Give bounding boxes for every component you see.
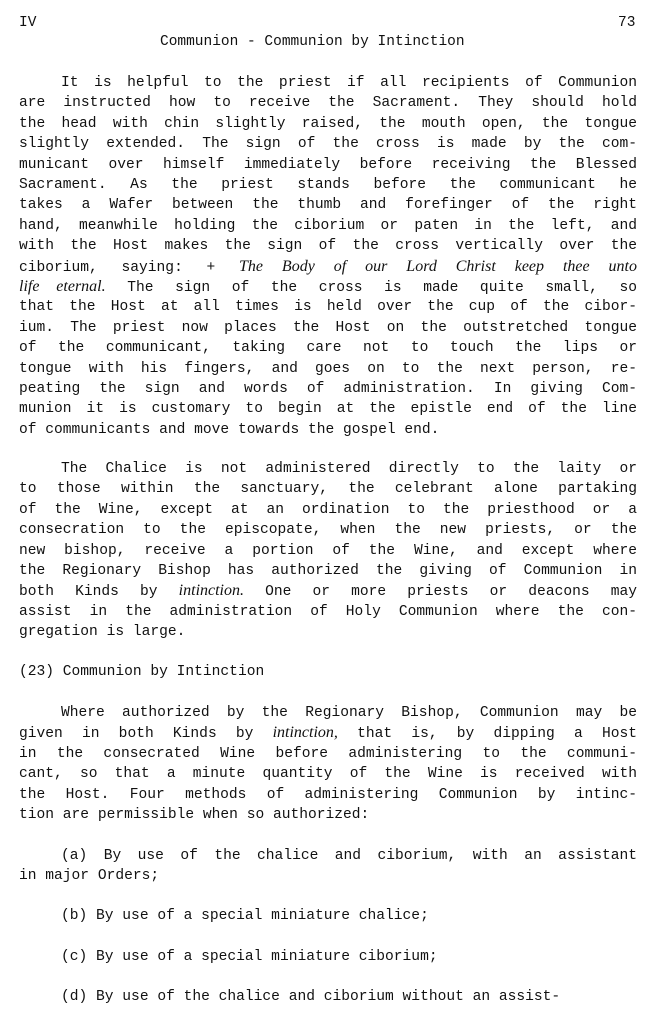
text-line: in the consecrated Wine before administe… <box>19 744 637 764</box>
text-line: of communicants and move towards the gos… <box>19 420 637 440</box>
text-line: (c) By use of a special miniature cibori… <box>61 947 637 967</box>
text-line: are instructed how to receive the Sacram… <box>19 93 637 113</box>
text-line: Sacrament. As the priest stands before t… <box>19 175 637 195</box>
text-line: assist in the administration of Holy Com… <box>19 602 637 622</box>
text-line: peating the sign and words of administra… <box>19 379 637 399</box>
text-line: given in both Kinds by intinction, that … <box>19 723 637 744</box>
text-line: tongue with his fingers, and goes on to … <box>19 359 637 379</box>
text-line: to those within the sanctuary, the celeb… <box>19 479 637 499</box>
text-line: consecration to the episcopate, when the… <box>19 520 637 540</box>
text-line: the head with chin slightly raised, the … <box>19 114 637 134</box>
text-line: (b) By use of a special miniature chalic… <box>61 906 637 926</box>
text-line: in major Orders; <box>19 866 637 886</box>
text-line: municant over himself immediately before… <box>19 155 637 175</box>
text-line: (a) By use of the chalice and ciborium, … <box>61 846 637 866</box>
text-line: hand, meanwhile holding the ciborium or … <box>19 216 637 236</box>
text-line: Where authorized by the Regionary Bishop… <box>61 703 637 723</box>
text-line: of the communicant, taking care not to t… <box>19 338 637 358</box>
text-line: life eternal. The sign of the cross is m… <box>19 277 637 298</box>
text-line: The Chalice is not administered directly… <box>61 459 637 479</box>
text-line: that the Host at all times is held over … <box>19 297 637 317</box>
text-line: slightly extended. The sign of the cross… <box>19 134 637 154</box>
text-line: both Kinds by intinction. One or more pr… <box>19 581 637 602</box>
text-line: gregation is large. <box>19 622 637 642</box>
document-page: IV 73 Communion - Communion by Intinctio… <box>0 0 659 1030</box>
text-line: It is helpful to the priest if all recip… <box>61 73 637 93</box>
text-line: munion it is customary to begin at the e… <box>19 399 637 419</box>
text-line: of the Wine, except at an ordination to … <box>19 500 637 520</box>
text-line: (23) Communion by Intinction <box>19 662 637 682</box>
text-line: with the Host makes the sign of the cros… <box>19 236 637 256</box>
text-line: cant, so that a minute quantity of the W… <box>19 764 637 784</box>
text-line: ium. The priest now places the Host on t… <box>19 318 637 338</box>
text-line: ciborium, saying: + The Body of our Lord… <box>19 257 637 278</box>
text-line: tion are permissible when so authorized: <box>19 805 637 825</box>
text-line: (d) By use of the chalice and ciborium w… <box>61 987 637 1007</box>
text-line: the Host. Four methods of administering … <box>19 785 637 805</box>
page-number: 73 <box>618 15 635 31</box>
chapter-number: IV <box>19 15 36 31</box>
running-title: Communion - Communion by Intinction <box>160 34 465 50</box>
text-line: the Regionary Bishop has authorized the … <box>19 561 637 581</box>
text-line: new bishop, receive a portion of the Win… <box>19 541 637 561</box>
text-line: takes a Wafer between the thumb and fore… <box>19 195 637 215</box>
